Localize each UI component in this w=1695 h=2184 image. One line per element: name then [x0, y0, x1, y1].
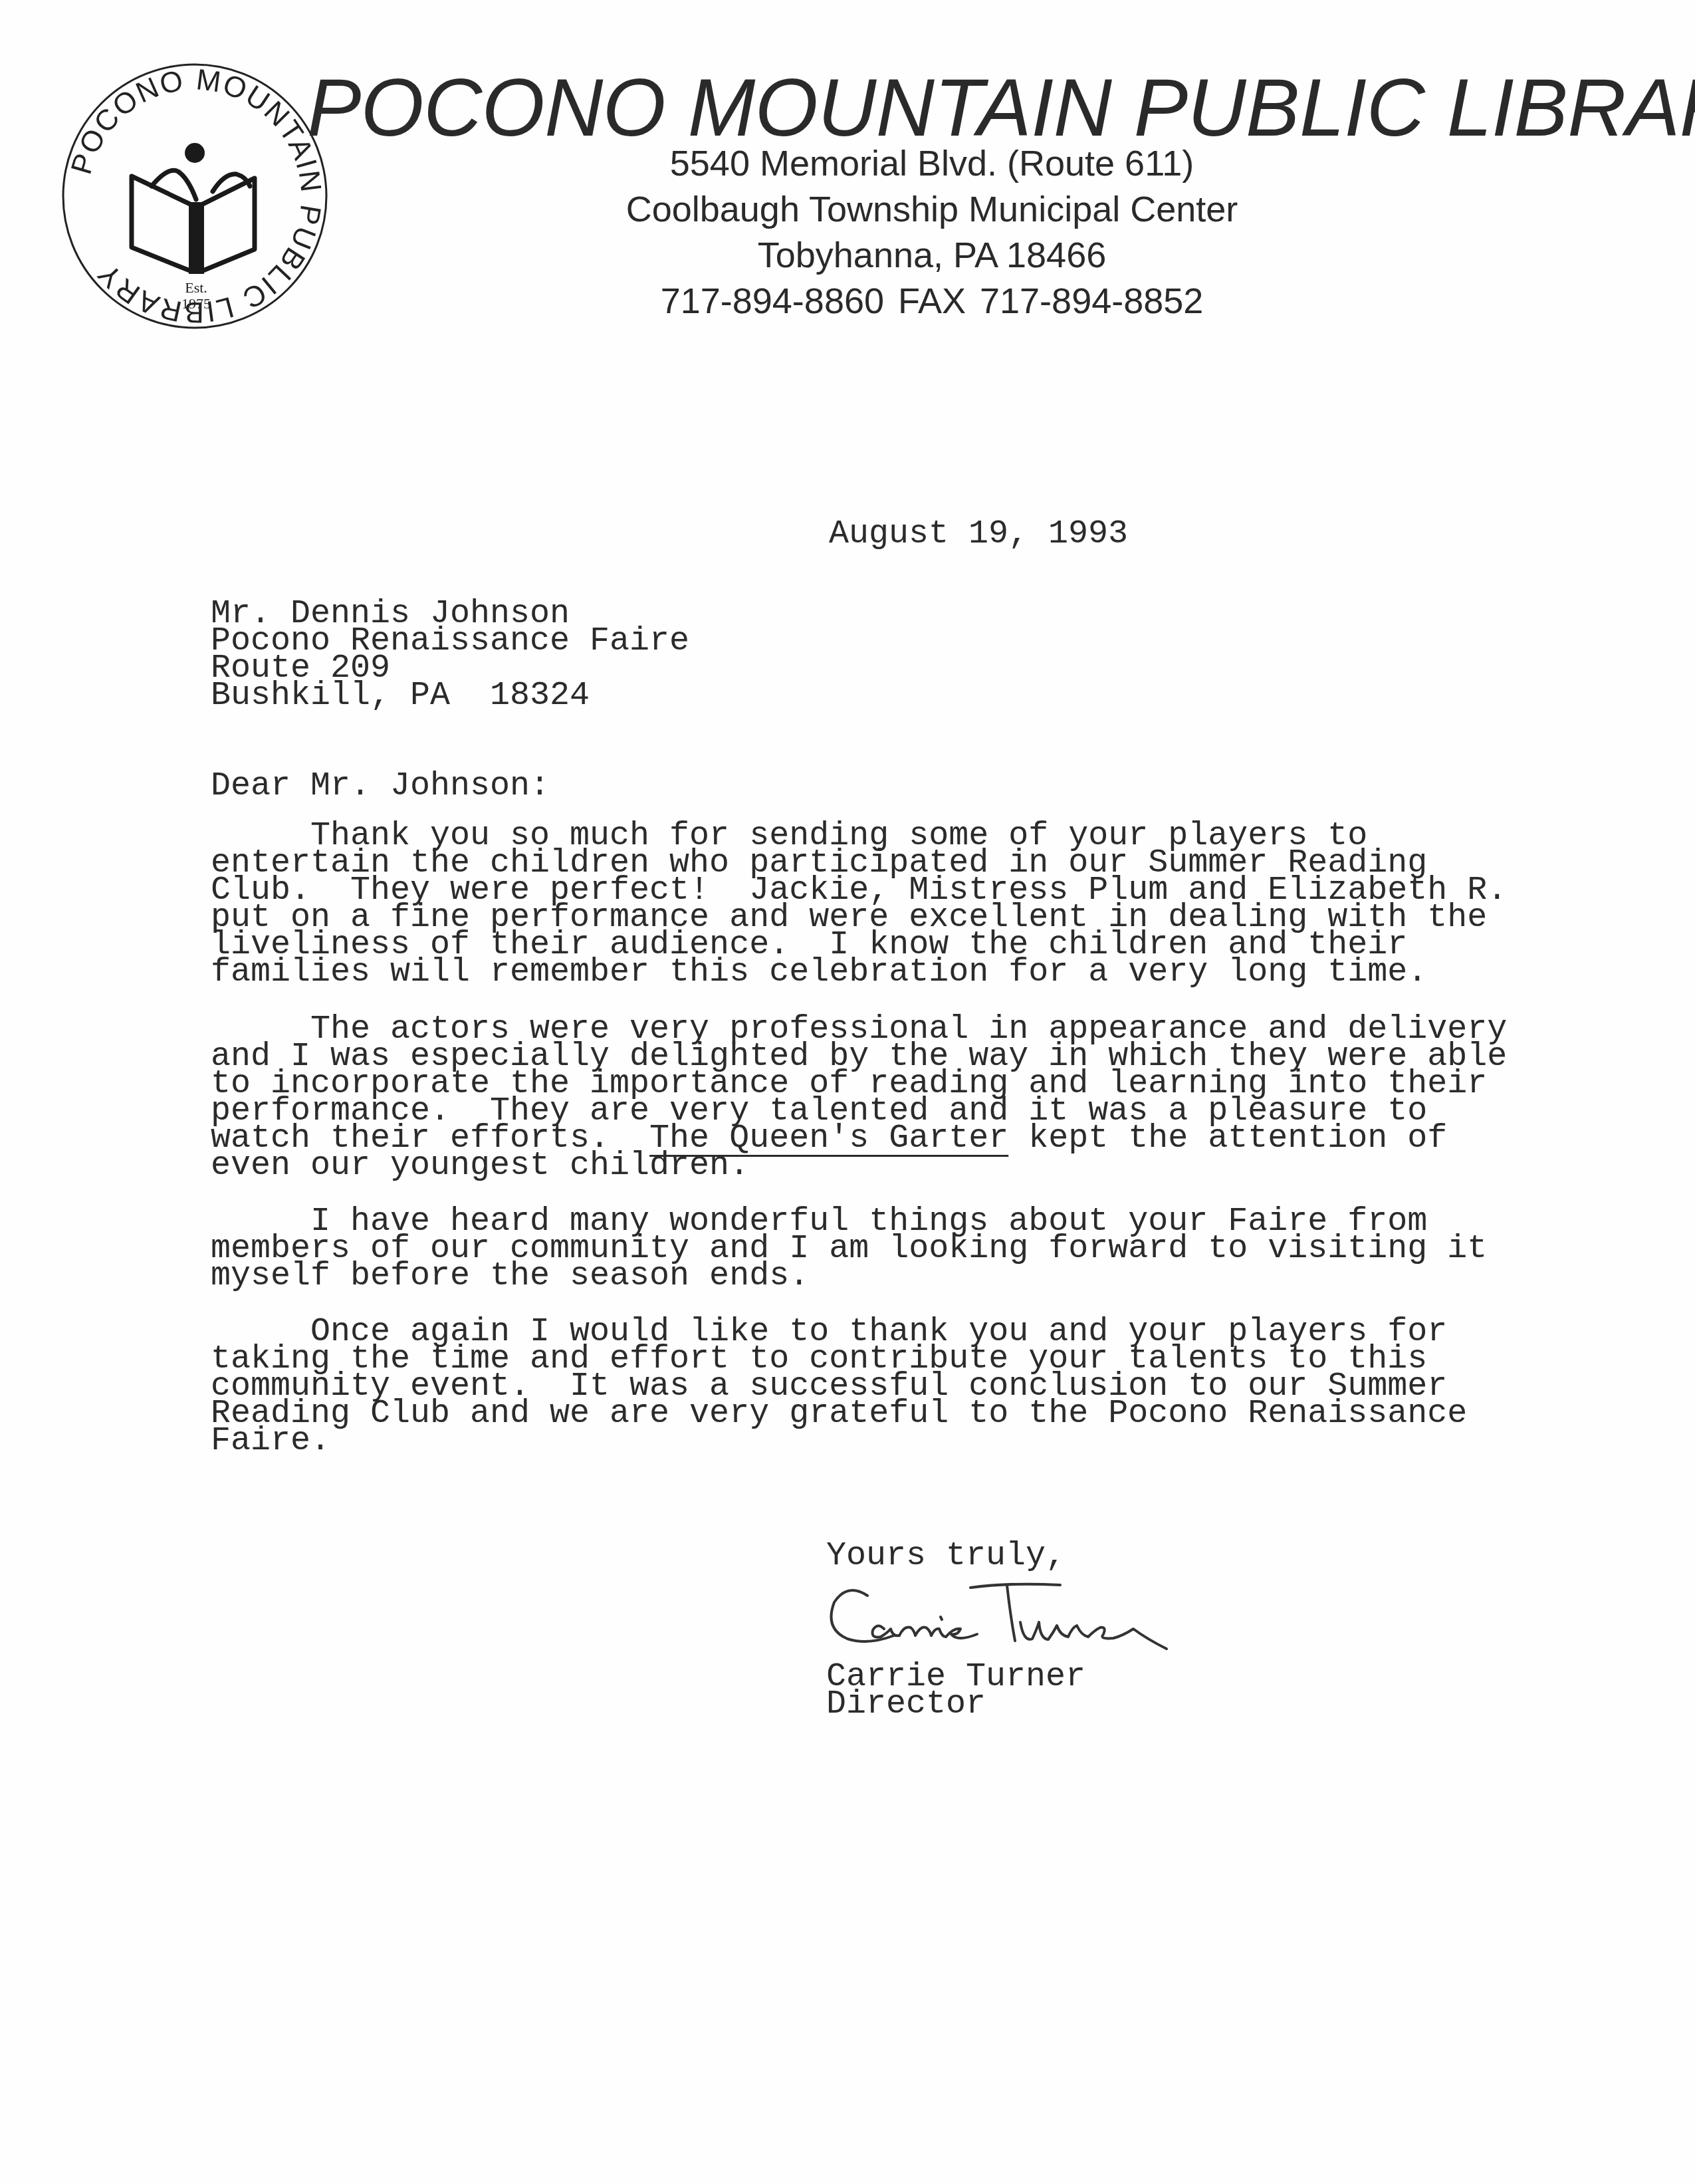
- line-text: kept the attention of: [1008, 1120, 1447, 1157]
- address-line-3: Tobyhanna, PA 18466: [600, 233, 1264, 279]
- library-logo: POCONO MOUNTAIN PUBLIC LIBRARY Est. 1975: [58, 60, 331, 332]
- logo-est-year: 1975: [181, 295, 211, 312]
- letter-date: August 19, 1993: [829, 521, 1128, 548]
- organization-address: 5540 Memorial Blvd. (Route 611) Coolbaug…: [600, 141, 1264, 324]
- closing: Yours truly,: [826, 1542, 1066, 1570]
- open-book-reader-icon: [132, 143, 255, 274]
- organization-name: POCONO MOUNTAIN PUBLIC LIBRARY: [307, 61, 1570, 154]
- body-paragraph-3: I have heard many wonderful things about…: [211, 1208, 1487, 1290]
- signer-block: Carrie TurnerDirector: [826, 1663, 1085, 1718]
- body-paragraph-4: Once again I would like to thank you and…: [211, 1318, 1467, 1455]
- salutation: Dear Mr. Johnson:: [211, 773, 550, 800]
- address-line-1: 5540 Memorial Blvd. (Route 611): [600, 141, 1264, 187]
- body-paragraph-1: Thank you so much for sending some of yo…: [211, 822, 1507, 986]
- recipient-city-state-zip: Bushkill, PA 18324: [211, 682, 689, 709]
- paragraph-line: families will remember this celebration …: [211, 959, 1507, 986]
- paragraph-line: Reading Club and we are very grateful to…: [211, 1400, 1467, 1427]
- phone-fax-line: 717-894-8860 FAX 717-894-8852: [600, 279, 1264, 324]
- address-line-2: Coolbaugh Township Municipal Center: [600, 187, 1264, 233]
- body-paragraph-2: The actors were very professional in app…: [211, 1016, 1507, 1179]
- recipient-address: Mr. Dennis JohnsonPocono Renaissance Fai…: [211, 600, 689, 709]
- letter-page: POCONO MOUNTAIN PUBLIC LIBRARY Est. 1975…: [0, 0, 1695, 2184]
- logo-est-label: Est.: [185, 279, 207, 296]
